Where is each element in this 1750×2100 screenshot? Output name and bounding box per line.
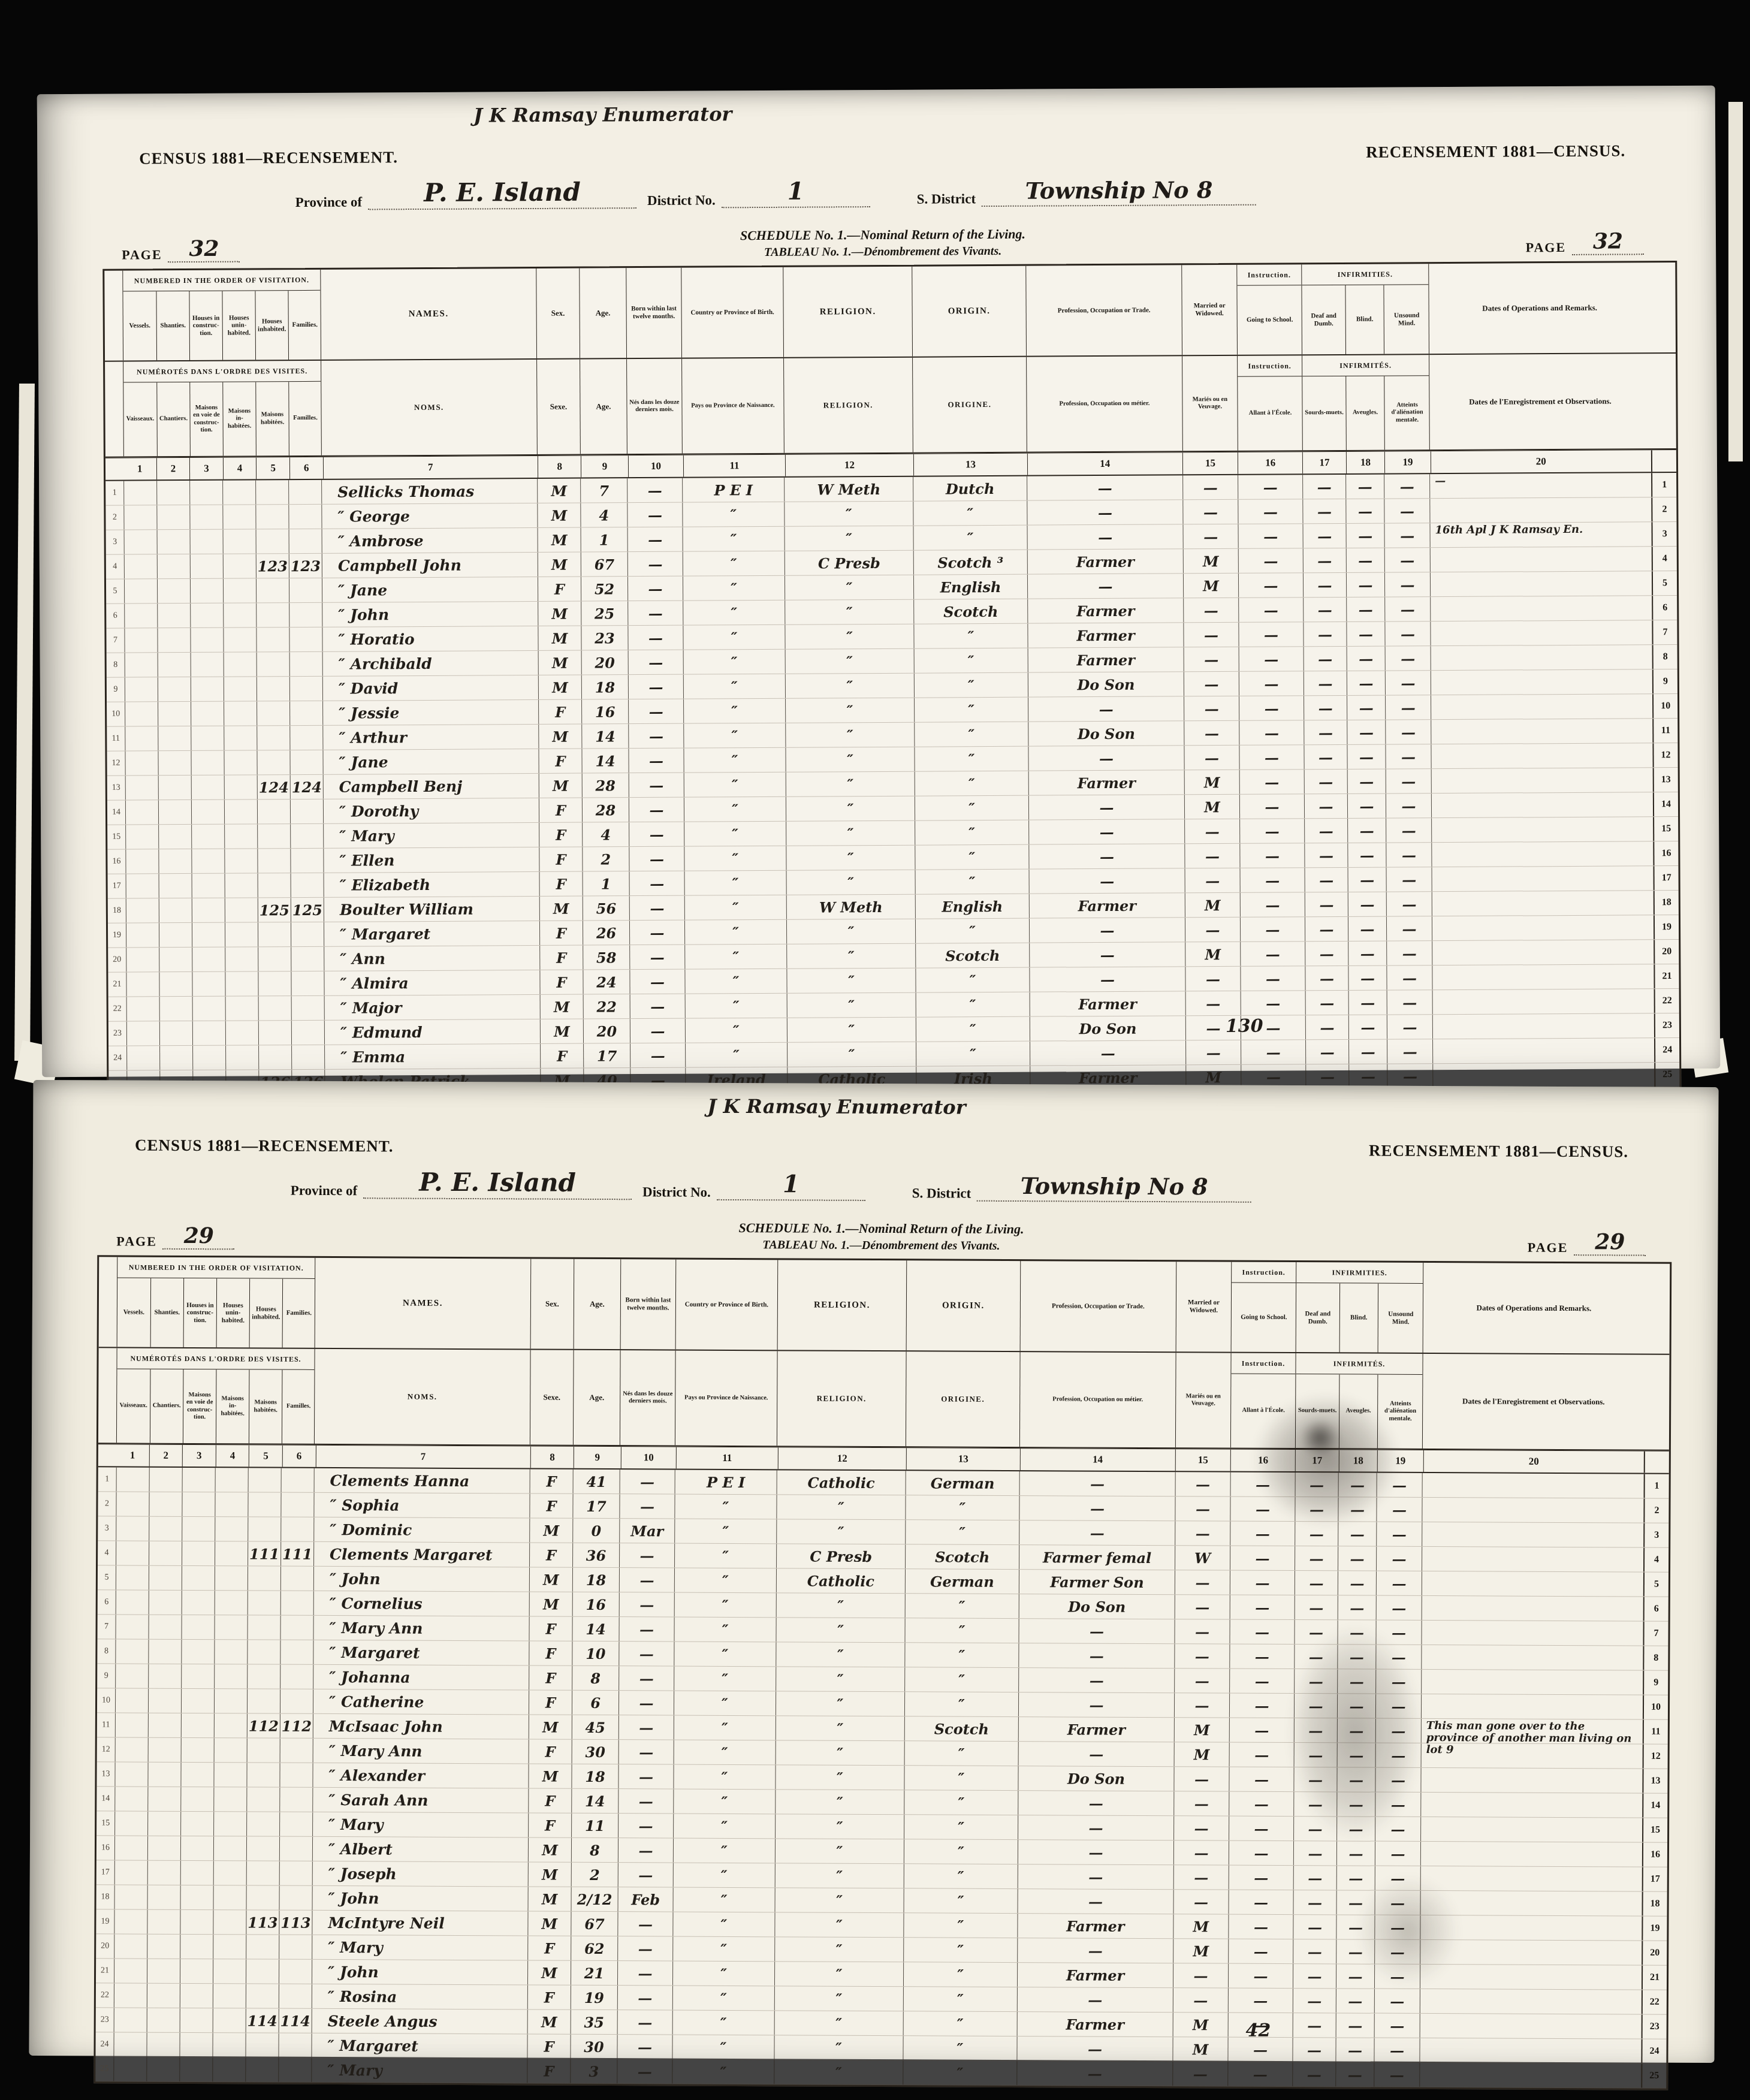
cell-sex: M: [540, 1019, 583, 1043]
cell-name: ″ Sophia: [313, 1493, 529, 1518]
column-number-5: 5: [256, 457, 289, 479]
cell-religion: W Meth: [786, 895, 915, 919]
cell-blank: [214, 1664, 247, 1688]
cell-remarks: [1430, 571, 1652, 596]
cell-born-12mo: —: [618, 1838, 673, 1862]
cell-blank: [224, 849, 257, 873]
cell-blank: [213, 1836, 246, 1860]
cell-sex: M: [537, 503, 580, 527]
cell-occupation: —: [1027, 524, 1183, 549]
cell-blank: [147, 1935, 180, 1959]
cell-born-12mo: —: [627, 552, 683, 576]
cell-born-12mo: —: [617, 1912, 672, 1936]
row-number-left: 11: [97, 1713, 115, 1737]
cell-religion: ″: [787, 993, 916, 1018]
column-number-15: 15: [1175, 1449, 1230, 1471]
cell-sex: F: [539, 798, 582, 822]
cell-blank: [223, 578, 256, 602]
row-number-right: 5: [1643, 1573, 1668, 1597]
cell-remarks: [1431, 645, 1652, 670]
subdistrict-value: Township No 8: [977, 1172, 1251, 1203]
cell-going-to-school: —: [1240, 868, 1305, 892]
cell-birthplace: ″: [685, 1043, 787, 1067]
cell-born-12mo: —: [629, 896, 684, 920]
cell-blank: [181, 1738, 214, 1762]
cell-blank: [156, 505, 189, 529]
cell-deaf-dumb: —: [1304, 770, 1347, 793]
cell-religion: Catholic: [777, 1470, 906, 1495]
cell-age: 67: [571, 1912, 617, 1936]
row-number-margin: [104, 271, 123, 361]
row-number-right: 19: [1654, 915, 1679, 939]
column-number-10: 10: [621, 1447, 676, 1468]
cell-blank: [192, 972, 225, 996]
cell-sex: F: [529, 1739, 572, 1763]
cell-birthplace: ″: [673, 1888, 775, 1912]
cell-religion: ″: [786, 796, 915, 821]
cell-sex: F: [527, 2059, 570, 2083]
cell-going-to-school: —: [1230, 1546, 1295, 1570]
cell-family-number: 113: [279, 1911, 312, 1935]
cell-age: 2: [582, 847, 629, 871]
row-number-right: 17: [1642, 1867, 1667, 1891]
cell-sex: M: [538, 602, 581, 626]
province-value: P. E. Island: [368, 177, 636, 210]
col-header-20: Dates de l'Enregistrement et Observation…: [1429, 354, 1651, 449]
row-number-margin: [1651, 354, 1676, 448]
cell-blank: [149, 1468, 182, 1492]
cell-blind: —: [1348, 892, 1386, 916]
row-number-left: 13: [107, 776, 125, 800]
cell-unsound-mind: —: [1384, 572, 1430, 596]
cell-religion: ″: [775, 1814, 904, 1839]
cell-married-widowed: —: [1173, 1865, 1229, 1889]
cell-house-number: 125: [258, 898, 291, 922]
cell-birthplace: ″: [685, 1018, 787, 1043]
col-header-18: Blind.: [1345, 285, 1384, 354]
cell-going-to-school: —: [1238, 524, 1303, 548]
row-number-left: 12: [97, 1737, 115, 1761]
cell-unsound-mind: —: [1386, 867, 1432, 891]
cell-blank: [182, 1566, 215, 1590]
cell-remarks: [1432, 891, 1654, 916]
cell-blank: [116, 1467, 149, 1491]
cell-origin: ″: [915, 968, 1029, 992]
cell-family-number: [279, 1984, 312, 2008]
col-header-2: Shanties.: [156, 291, 189, 360]
cell-religion: Catholic: [776, 1568, 905, 1593]
cell-birthplace: ″: [673, 1839, 775, 1863]
cell-occupation: —: [1019, 1496, 1175, 1520]
cell-sex: M: [529, 1715, 572, 1739]
row-number-right: 1: [1644, 1474, 1669, 1498]
cell-blank: [123, 505, 156, 529]
cell-going-to-school: —: [1238, 548, 1303, 573]
row-number-right: 25: [1654, 1063, 1679, 1087]
cell-married-widowed: M: [1173, 1914, 1228, 1938]
cell-married-widowed: —: [1175, 1570, 1230, 1594]
cell-unsound-mind: —: [1374, 2063, 1419, 2087]
cell-blank: [224, 799, 257, 823]
cell-remarks: [1430, 620, 1652, 645]
cell-religion: ″: [785, 723, 914, 747]
cell-deaf-dumb: —: [1304, 671, 1347, 695]
cell-blank: [149, 1541, 182, 1565]
cell-sex: F: [538, 749, 581, 773]
cell-going-to-school: —: [1229, 1866, 1293, 1890]
cell-age: 58: [583, 945, 629, 969]
cell-birthplace: ″: [683, 699, 785, 723]
cell-age: 67: [581, 552, 627, 576]
col-header-9: Age.: [574, 1259, 621, 1349]
cell-house-number: [246, 1812, 279, 1836]
cell-origin: ″: [904, 1618, 1018, 1643]
cell-unsound-mind: —: [1384, 597, 1430, 621]
cell-age: 6: [572, 1691, 618, 1715]
cell-blank: [124, 579, 157, 603]
cell-occupation: Do Son: [1018, 1766, 1173, 1791]
cell-age: 2/12: [571, 1887, 618, 1911]
cell-age: 14: [581, 724, 628, 748]
cell-blank: [190, 604, 223, 627]
cell-age: 28: [582, 798, 629, 822]
cell-unsound-mind: —: [1386, 916, 1432, 940]
col-header-4: Maisons in­habitées.: [216, 1369, 249, 1443]
cell-religion: ″: [785, 649, 914, 674]
cell-family-number: [291, 996, 324, 1020]
cell-occupation: —: [1018, 1791, 1173, 1815]
row-number-left: 23: [108, 1022, 126, 1046]
cell-sex: F: [528, 1788, 571, 1812]
col-header-8: Sex.: [536, 268, 580, 358]
cell-blank: [126, 874, 159, 898]
cell-blank: [149, 1492, 182, 1516]
cell-blank: [148, 1615, 181, 1639]
cell-religion: ″: [776, 1593, 905, 1618]
cell-age: 30: [572, 1740, 618, 1764]
cell-name: ″ Margaret: [311, 2033, 527, 2059]
cell-name: McIsaac John: [313, 1714, 529, 1739]
cell-origin: English: [913, 575, 1027, 599]
district-label: District No.: [642, 1184, 711, 1200]
col-header-1: Vessels.: [123, 291, 156, 360]
cell-going-to-school: —: [1227, 2062, 1292, 2086]
scan-smudge: [1293, 1412, 1347, 1463]
row-number-left: 22: [96, 1983, 114, 2007]
cell-origin: ″: [914, 673, 1028, 698]
page-number-left: PAGE 32: [122, 236, 240, 263]
cell-blank: [181, 1713, 214, 1737]
col-header-3: Maisons en voie de construc­tion.: [183, 1369, 216, 1443]
infirmities-group: INFIRMITIES.Deaf and Dumb.Blind.Unsound …: [1301, 264, 1429, 354]
cell-blank: [215, 1468, 248, 1492]
col-header-14: Profession, Occupation ou métier.: [1026, 356, 1182, 451]
cell-name: ″ Ellen: [323, 847, 539, 873]
cell-born-12mo: —: [628, 749, 683, 773]
cell-born-12mo: —: [629, 945, 684, 969]
cell-house-number: 111: [248, 1541, 280, 1565]
cell-blank: [225, 971, 258, 995]
cell-married-widowed: —: [1173, 1890, 1229, 1914]
col-header-5: Houses in­habited.: [249, 1278, 283, 1347]
cell-blank: [157, 604, 190, 627]
cell-blank: [225, 996, 258, 1020]
cell-remarks: [1431, 792, 1653, 817]
cell-sex: F: [539, 847, 582, 871]
cell-house-number: 123: [256, 554, 289, 578]
cell-born-12mo: —: [617, 1936, 672, 1960]
cell-blind: —: [1346, 524, 1384, 548]
cell-house-number: [256, 578, 289, 602]
cell-sex: F: [527, 1936, 571, 1960]
col-header-2: Chantiers.: [150, 1369, 183, 1443]
cell-name: ″ Ambrose: [322, 528, 538, 553]
cell-name: ″ Mary Ann: [313, 1739, 529, 1764]
cell-blank: [215, 1566, 248, 1590]
cell-blind: —: [1348, 917, 1386, 941]
cell-blind: —: [1347, 671, 1385, 695]
cell-married-widowed: M: [1185, 893, 1240, 917]
row-number-right: 24: [1654, 1038, 1679, 1062]
col-header-12: RELIGION.: [783, 358, 913, 453]
cell-blank: [123, 481, 156, 505]
census-title-english: CENSUS 1881—RECENSEMENT.: [139, 148, 398, 168]
col-header-4: Maisons in­habitées.: [222, 382, 256, 455]
row-number-left: 4: [98, 1541, 116, 1565]
infirmities-subcolumns: Sourds-muets.Aveugles.Atteints d'aliéna­…: [1302, 376, 1429, 450]
cell-origin: ″: [915, 771, 1028, 796]
visitation-group-title: NUMBERED IN THE ORDER OF VISITATION.: [123, 270, 320, 292]
cell-deaf-dumb: —: [1292, 2038, 1335, 2062]
visitation-group: NUMBERED IN THE ORDER OF VISITATION.Vess…: [117, 1257, 315, 1347]
cell-blank: [180, 1763, 213, 1787]
cell-sex: F: [538, 577, 581, 601]
cell-age: 0: [572, 1519, 619, 1543]
cell-birthplace: ″: [684, 773, 786, 797]
cell-blind: —: [1345, 475, 1384, 499]
instruction-group: Instruction.Allant à l'École.: [1237, 355, 1302, 451]
cell-born-12mo: —: [618, 1666, 674, 1690]
cell-sex: F: [529, 1665, 572, 1689]
cell-remarks: [1422, 1522, 1643, 1547]
col-header-7: NAMES.: [320, 268, 536, 360]
cell-religion: ″: [774, 1986, 903, 2011]
col-header-11: Pays ou Province de Naissance.: [675, 1351, 777, 1446]
cell-house-number: [246, 1935, 279, 1959]
tableau-title: TABLEAU No. 1.—Dénombrement des Vivants.: [235, 1236, 1528, 1255]
cell-origin: ″: [904, 1888, 1018, 1913]
col-header-14: Profession, Occupation or Trade.: [1025, 265, 1182, 355]
cell-blank: [114, 1860, 147, 1884]
cell-religion: ″: [776, 1716, 904, 1740]
cell-blank: [224, 726, 257, 750]
cell-house-number: [247, 1615, 280, 1639]
col-header-17: Deaf and Dumb.: [1302, 285, 1345, 354]
cell-occupation: —: [1027, 500, 1182, 524]
cell-blank: [116, 1541, 149, 1565]
cell-married-widowed: —: [1182, 475, 1238, 499]
cell-blank: [126, 1046, 159, 1070]
cell-house-number: [258, 922, 291, 946]
row-number-margin: [1651, 450, 1676, 472]
visitation-group: NUMÉROTÉS DANS L'ORDRE DES VISITES.Vaiss…: [123, 361, 321, 457]
row-number-left: 4: [106, 555, 124, 579]
cell-unsound-mind: —: [1384, 523, 1430, 547]
cell-age: 25: [581, 601, 627, 625]
cell-family-number: [280, 1493, 313, 1517]
cell-married-widowed: —: [1175, 1521, 1230, 1545]
row-number-right: 4: [1643, 1548, 1668, 1572]
cell-occupation: —: [1028, 819, 1184, 844]
cell-age: 35: [571, 2010, 617, 2034]
cell-unsound-mind: —: [1386, 769, 1431, 793]
visitation-group: NUMÉROTÉS DANS L'ORDRE DES VISITES.Vaiss…: [116, 1348, 315, 1443]
row-number-right: 18: [1642, 1892, 1667, 1916]
row-number-left: 3: [98, 1516, 116, 1540]
cell-blind: —: [1346, 622, 1384, 646]
cell-age: 10: [572, 1642, 618, 1665]
cell-blank: [147, 1812, 180, 1836]
visitation-subcolumns: Vaisseaux.Chantiers.Maisons en voie de c…: [117, 1369, 315, 1443]
cell-origin: ″: [905, 1594, 1019, 1618]
cell-family-number: [291, 922, 324, 946]
cell-blank: [225, 947, 258, 971]
col-header-12: RELIGION.: [777, 1351, 906, 1446]
cell-blank: [115, 1664, 148, 1688]
cell-remarks: [1432, 1013, 1654, 1039]
row-number-right: 7: [1652, 620, 1677, 644]
cell-religion: ″: [786, 968, 915, 993]
cell-sex: F: [527, 2034, 570, 2058]
column-number-2: 2: [149, 1445, 182, 1467]
cell-blank: [146, 2033, 179, 2057]
cell-name: ″ Mary: [323, 823, 539, 848]
cell-blank: [224, 775, 257, 799]
cell-house-number: [246, 1861, 279, 1885]
cell-married-widowed: —: [1184, 746, 1239, 770]
cell-blank: [215, 1517, 248, 1541]
cell-going-to-school: —: [1238, 598, 1303, 622]
cell-age: 22: [583, 994, 630, 1018]
cell-going-to-school: —: [1230, 1595, 1295, 1619]
cell-blank: [124, 554, 157, 578]
cell-blank: [224, 652, 257, 676]
cell-married-widowed: —: [1183, 524, 1238, 548]
cell-occupation: Farmer: [1027, 623, 1183, 647]
province-label: Province of: [291, 1183, 357, 1199]
cell-blank: [182, 1541, 215, 1565]
cell-origin: ″: [916, 1042, 1030, 1066]
cell-blank: [214, 1689, 247, 1713]
cell-unsound-mind: —: [1386, 843, 1431, 867]
cell-born-12mo: —: [627, 577, 683, 601]
cell-remarks: [1431, 669, 1652, 695]
cell-blank: [225, 898, 258, 922]
cell-born-12mo: —: [629, 871, 684, 895]
subdistrict-label: S. District: [912, 1185, 971, 1201]
cell-religion: ″: [785, 526, 913, 551]
cell-born-12mo: —: [629, 921, 684, 945]
cell-blank: [147, 1787, 180, 1811]
cell-going-to-school: —: [1228, 1989, 1293, 2012]
cell-origin: ″: [903, 1913, 1017, 1938]
col-header-10: Nés dans les douze derniers mois.: [620, 1350, 675, 1445]
cell-family-number: [280, 1616, 313, 1640]
cell-born-12mo: —: [630, 1019, 685, 1043]
cell-blank: [225, 1021, 258, 1045]
table-header-en: NUMBERED IN THE ORDER OF VISITATION.Vess…: [99, 1257, 1670, 1354]
cell-blank: [158, 702, 191, 726]
infirmities-group: INFIRMITÉS.Sourds-muets.Aveugles.Atteint…: [1302, 355, 1429, 450]
cell-remarks: [1422, 1596, 1643, 1621]
cell-birthplace: ″: [684, 895, 786, 920]
cell-remarks: [1421, 1645, 1643, 1670]
col-header-5: Maisons habitées.: [255, 382, 289, 455]
column-number-8: 8: [530, 1446, 574, 1468]
cell-sex: F: [528, 1813, 571, 1837]
cell-blind: —: [1347, 819, 1386, 843]
cell-age: 4: [582, 822, 629, 846]
cell-name: ″ Margaret: [313, 1640, 529, 1665]
cell-blank: [212, 2057, 245, 2081]
cell-blank: [214, 1640, 247, 1664]
cell-unsound-mind: —: [1376, 1547, 1422, 1571]
cell-religion: ″: [776, 1667, 904, 1691]
row-number-left: 18: [96, 1885, 114, 1909]
cell-blank: [125, 677, 158, 701]
cell-blank: [224, 824, 257, 848]
cell-religion: ″: [785, 698, 914, 723]
cell-family-number: [289, 652, 322, 676]
cell-blank: [213, 2008, 246, 2032]
cell-occupation: —: [1030, 1040, 1185, 1065]
cell-origin: ″: [914, 747, 1028, 771]
cell-sex: M: [538, 675, 581, 699]
cell-name: ″ John: [313, 1567, 529, 1592]
cell-blank: [225, 1045, 258, 1069]
col-header-5: Houses in­habited.: [255, 291, 288, 360]
col-header-20: Dates de l'Enregistrement et Observation…: [1422, 1354, 1645, 1450]
col-header-15: Mariés ou en Veuvage.: [1182, 356, 1238, 451]
row-number-right: 20: [1642, 1941, 1667, 1965]
cell-age: 14: [572, 1617, 618, 1641]
cell-occupation: —: [1017, 1938, 1173, 1963]
cell-occupation: Do Son: [1028, 721, 1184, 746]
cell-religion: ″: [776, 1691, 904, 1716]
page-number-right: PAGE 29: [1528, 1229, 1646, 1256]
cell-birthplace: ″: [684, 846, 786, 871]
cell-blank: [147, 1836, 180, 1860]
cell-occupation: Farmer: [1017, 1963, 1173, 1987]
cell-origin: Scotch: [915, 943, 1029, 968]
cell-born-12mo: —: [618, 1715, 674, 1739]
cell-house-number: [246, 1885, 279, 1909]
cell-name: Campbell John: [322, 553, 538, 578]
cell-blank: [159, 1021, 192, 1045]
cell-sex: M: [529, 1567, 572, 1591]
visitation-subcolumns: Vessels.Shanties.Houses in construc­tion…: [123, 291, 321, 361]
cell-blank: [192, 874, 225, 898]
cell-remarks: [1432, 1038, 1654, 1063]
cell-blind: —: [1348, 966, 1386, 990]
cell-unsound-mind: —: [1384, 499, 1429, 523]
cell-occupation: —: [1017, 1987, 1173, 2012]
row-number-left: 15: [107, 825, 125, 849]
cell-origin: ″: [904, 1839, 1018, 1864]
cell-unsound-mind: —: [1386, 965, 1432, 989]
census-title-french: RECENSEMENT 1881—CENSUS.: [1366, 141, 1625, 161]
cell-house-number: [258, 1045, 291, 1069]
